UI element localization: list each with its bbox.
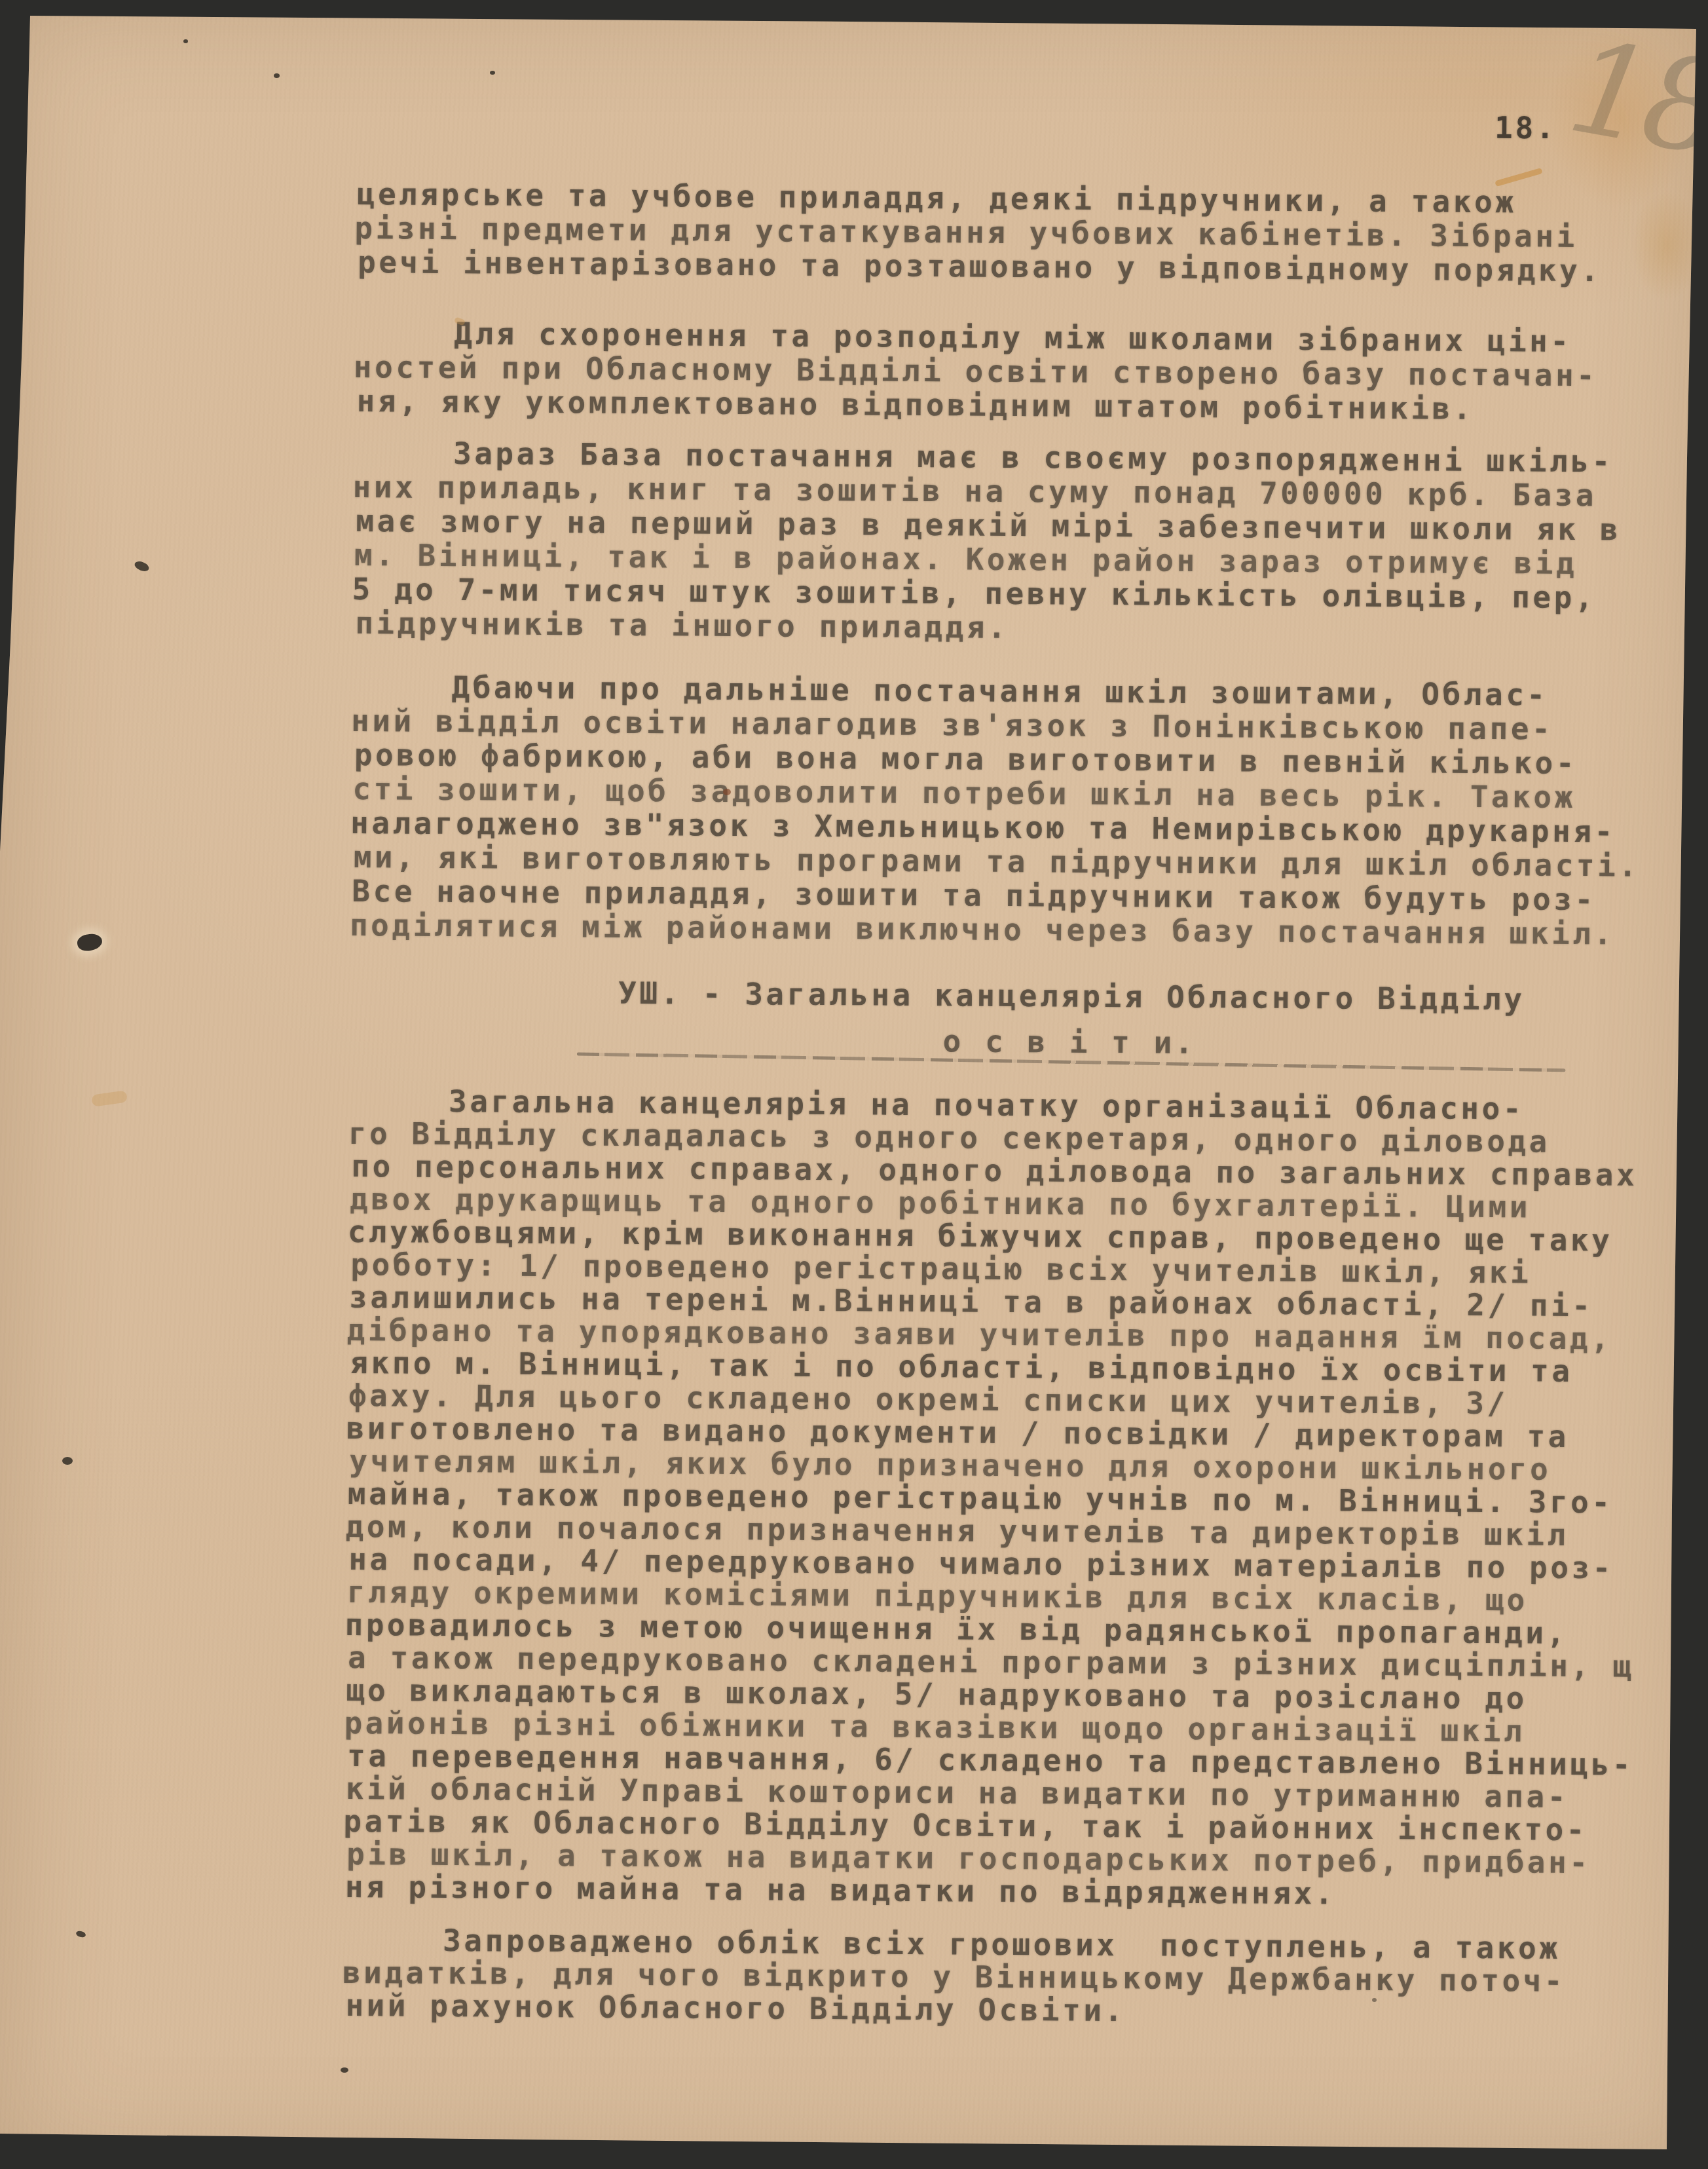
paper-speck — [723, 789, 731, 795]
paper-speck — [1372, 1998, 1377, 2002]
paragraph: Запроваджено облік всіх грошових поступл… — [344, 1923, 1661, 2031]
paper-speck — [490, 71, 495, 75]
paragraph: целярське та учбове приладдя, деякі підр… — [356, 177, 1673, 288]
typed-page-number: 18. — [1494, 110, 1557, 146]
paragraph: Зараз База постачання має в своєму розпо… — [354, 436, 1671, 649]
section-heading: УШ. - Загальна канцелярія Обласного Відд… — [351, 968, 1668, 1063]
paper-sheet: целярське та учбове приладдя, деякі підр… — [0, 0, 1708, 2169]
paragraph: Дбаючи про дальніше постачання шкіл зоши… — [352, 670, 1670, 951]
paper-stain — [91, 1090, 128, 1106]
document-blocks: целярське та учбове приладдя, деякі підр… — [344, 177, 1673, 2031]
paragraph: Для схоронення та розподілу між школами … — [355, 316, 1672, 427]
paragraph: Загальна канцелярія на початку організац… — [345, 1084, 1667, 1912]
paper-speck — [75, 1930, 86, 1938]
paper-speck — [341, 2067, 348, 2073]
handwritten-page-number: 18 — [1561, 22, 1708, 174]
paper-speck — [183, 39, 188, 43]
scanned-document-page: целярське та учбове приладдя, деякі підр… — [0, 0, 1708, 2169]
paper-speck — [274, 73, 280, 78]
paper-speck — [62, 1457, 73, 1465]
heading-line: УШ. - Загальна канцелярія Обласного Відд… — [475, 969, 1667, 1023]
paper-speck — [133, 559, 150, 573]
paper-hole — [76, 932, 103, 952]
